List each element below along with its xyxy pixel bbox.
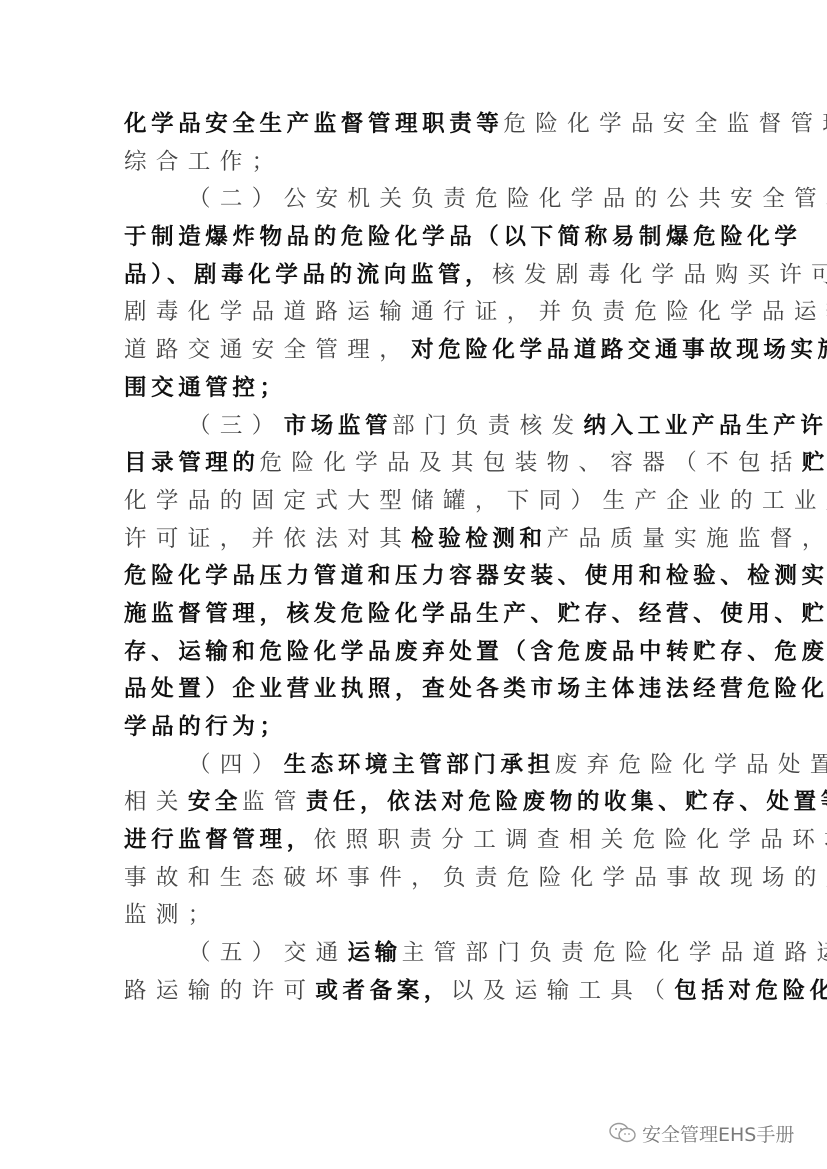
text-line: 化学品的固定式大型储罐，下同）生产企业的工业产品生产: [124, 483, 704, 521]
text-segment: 监测；: [124, 902, 220, 928]
bold-text-segment: 围交通管控；: [124, 375, 287, 401]
bold-text-segment: 进行监督管理，: [124, 827, 314, 853]
text-line: （五）交通运输主管部门负责危险化学品道路运输、水: [124, 935, 704, 973]
text-line: 目录管理的危险化学品及其包装物、容器（不包括贮存危险: [124, 445, 704, 483]
text-line: 许可证，并依法对其检验检测和产品质量实施监督，负责对: [124, 521, 704, 559]
text-line: 路运输的许可或者备案，以及运输工具（包括对危险化学品: [124, 973, 704, 1011]
text-segment: 道路交通安全管理，: [124, 337, 411, 363]
text-line: 存、运输和危险化学品废弃处置（含危废品中转贮存、危废: [124, 634, 704, 672]
text-line: 于制造爆炸物品的危险化学品（以下简称易制爆危险化学: [124, 219, 704, 257]
text-segment: （二）公安机关负责危险化学品的公共安全管理: [188, 186, 827, 212]
bold-text-segment: 市场监管: [284, 413, 392, 439]
text-line: 品）、剧毒化学品的流向监管，核发剧毒化学品购买许可证、: [124, 257, 704, 295]
bold-text-segment: 品处置）企业营业执照，查处各类市场主体违法经营危险化: [124, 676, 827, 702]
text-segment: 事故和生态破坏事件，负责危险化学品事故现场的应急环境: [124, 865, 827, 891]
text-segment: 危险化学品安全监督管理: [503, 111, 827, 137]
text-segment: 路运输的许可: [124, 978, 315, 1004]
text-line: 施监督管理，核发危险化学品生产、贮存、经营、使用、贮: [124, 596, 704, 634]
text-segment: 相关: [124, 789, 188, 815]
text-segment: （五）交通: [188, 940, 348, 966]
wechat-icon: [608, 1120, 638, 1146]
text-segment: （三）: [188, 413, 284, 439]
bold-text-segment: 目录管理的: [124, 450, 260, 476]
text-segment: （四）: [188, 752, 284, 778]
text-segment: 以及运输工具（: [451, 978, 674, 1004]
bold-text-segment: 危险化学品压力管道和压力容器安装、使用和检验、检测实: [124, 563, 827, 589]
bold-text-segment: 对危险化学品道路交通事故现场实施外: [411, 337, 827, 363]
text-line: （二）公安机关负责危险化学品的公共安全管理和可用: [124, 181, 704, 219]
text-line: （三）市场监管部门负责核发纳入工业产品生产许可证: [124, 408, 704, 446]
bold-text-segment: 贮存: [802, 450, 827, 476]
document-body: 化学品安全生产监督管理职责等危险化学品安全监督管理综合工作；（二）公安机关负责危…: [124, 106, 704, 1011]
text-segment: 化学品的固定式大型储罐，下同）生产企业的工业产品生产: [124, 488, 827, 514]
watermark: 安全管理EHS手册: [608, 1118, 794, 1148]
text-line: 进行监督管理，依照职责分工调查相关危险化学品环境污染: [124, 822, 704, 860]
text-line: 综合工作；: [124, 144, 704, 182]
bold-text-segment: 或者备案，: [315, 978, 451, 1004]
bold-text-segment: 运输: [348, 940, 402, 966]
text-line: 围交通管控；: [124, 370, 704, 408]
text-line: 危险化学品压力管道和压力容器安装、使用和检验、检测实: [124, 558, 704, 596]
text-segment: 监管: [242, 789, 306, 815]
text-line: 监测；: [124, 897, 704, 935]
text-segment: 部门负责核发: [392, 413, 583, 439]
text-line: 剧毒化学品道路运输通行证，并负责危险化学品运输车辆的: [124, 294, 704, 332]
text-line: 品处置）企业营业执照，查处各类市场主体违法经营危险化: [124, 671, 704, 709]
bold-text-segment: 安全: [188, 789, 242, 815]
text-line: （四）生态环境主管部门承担废弃危险化学品处置环节: [124, 747, 704, 785]
text-segment: 产品质量实施监督，: [547, 526, 827, 552]
watermark-label: 安全管理EHS手册: [642, 1120, 794, 1147]
text-line: 事故和生态破坏事件，负责危险化学品事故现场的应急环境: [124, 860, 704, 898]
text-segment: 剧毒化学品道路运输通行证，并负责危险化学品运输车辆的: [124, 299, 827, 325]
bold-text-segment: 品）、剧毒化学品的流向监管，: [124, 262, 492, 288]
bold-text-segment: 化学品安全生产监督管理职责等: [124, 111, 503, 137]
bold-text-segment: 存、运输和危险化学品废弃处置（含危废品中转贮存、危废: [124, 639, 827, 665]
bold-text-segment: 施监督管理，核发危险化学品生产、贮存、经营、使用、贮: [124, 601, 827, 627]
text-segment: 依照职责分工调查相关危险化学品环境污染: [314, 827, 827, 853]
bold-text-segment: 责任，依法对危险废物的收集、贮存、处置等: [306, 789, 827, 815]
bold-text-segment: 生态环境主管部门承担: [284, 752, 555, 778]
bold-text-segment: 纳入工业产品生产许可证: [584, 413, 827, 439]
bold-text-segment: 学品的行为；: [124, 714, 287, 740]
text-segment: 废弃危险化学品处置环节: [555, 752, 827, 778]
bold-text-segment: 包括对危险化学品: [674, 978, 827, 1004]
text-line: 化学品安全生产监督管理职责等危险化学品安全监督管理: [124, 106, 704, 144]
bold-text-segment: 于制造爆炸物品的危险化学品（以下简称易制爆危险化学: [124, 224, 802, 250]
text-segment: 主管部门负责危险化学品道路运输、水: [402, 940, 827, 966]
bold-text-segment: 检验检测和: [411, 526, 547, 552]
text-segment: 综合工作；: [124, 149, 284, 175]
text-segment: 危险化学品及其包装物、容器（不包括: [260, 450, 802, 476]
text-line: 相关安全监管责任，依法对危险废物的收集、贮存、处置等: [124, 784, 704, 822]
text-line: 道路交通安全管理，对危险化学品道路交通事故现场实施外: [124, 332, 704, 370]
text-segment: 许可证，并依法对其: [124, 526, 411, 552]
text-line: 学品的行为；: [124, 709, 704, 747]
text-segment: 核发剧毒化学品购买许可证、: [492, 262, 827, 288]
